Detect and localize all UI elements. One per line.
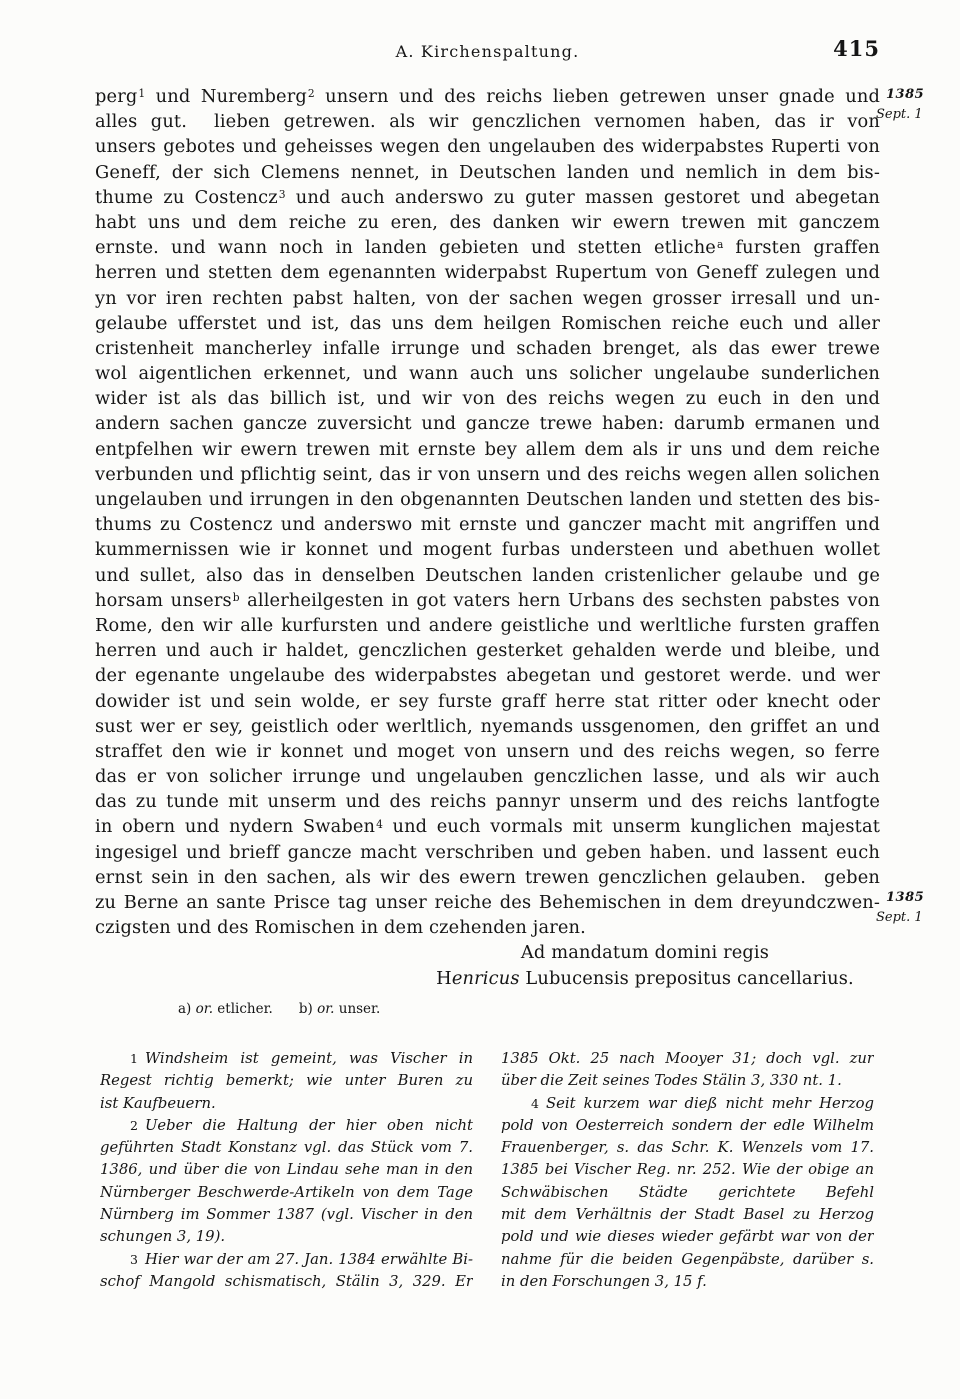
text-line: alles gut. lieben getrewen. als wir genc… (95, 109, 880, 134)
footnote-line: 2Ueber die Haltung der hier oben nicht m… (100, 1115, 473, 1137)
footnote-line: über die Zeit seines Todes Stälin 3, 330… (501, 1070, 874, 1092)
text-line: 35Ad mandatum domini regis (95, 940, 880, 965)
text-line: Henricus Lubucensis prepositus cancellar… (95, 966, 880, 991)
text-line: unsers gebotes und geheisses wegen den u… (95, 134, 880, 159)
footnote-line: 1386, und über die von Lindau sehe man i… (100, 1159, 473, 1181)
text-line: Geneff, der sich Clemens nennet, in Deut… (95, 160, 880, 185)
text-line: yn vor iren rechten pabst halten, von de… (95, 286, 880, 311)
document-page: A. Kirchenspaltung. 415 perg1 und Nuremb… (0, 0, 960, 1399)
text-line: sust wer er sey, geistlich oder werltlic… (95, 714, 880, 739)
footnote-line: Nürnberger Beschwerde-Artikeln von dem T… (100, 1182, 473, 1204)
footnote-line: schof Mangold schismatisch, Stälin 3, 32… (100, 1271, 473, 1293)
footnote-line: mit dem Verhältnis der Stadt Basel zu He… (501, 1204, 874, 1226)
footnote-reference-mark: b (233, 591, 240, 604)
footnote-line: 1Windsheim ist gemeint, was Vischer in s… (100, 1048, 473, 1070)
text-line: perg1 und Nuremberg2 unsern und des reic… (95, 84, 880, 109)
footnotes-section: 1Windsheim ist gemeint, was Vischer in s… (100, 1048, 875, 1293)
text-line: horsam unsersb allerheilgesten in got va… (95, 588, 880, 613)
margin-date: Sept. 1 (874, 105, 956, 125)
apparatus-entry: b) or. unser. (299, 1001, 380, 1017)
running-header-title: A. Kirchenspaltung. (95, 42, 880, 61)
text-line: wider ist als das billich ist, und wir v… (95, 386, 880, 411)
text-line: der egenante ungelaube des widerpabstes … (95, 663, 880, 688)
text-line: 15entpfelhen wir ewern trewen mit ernste… (95, 437, 880, 462)
text-line: herren und stetten dem egenannten widerp… (95, 260, 880, 285)
text-line: straffet den wie ir konnet und moget von… (95, 739, 880, 764)
margin-year: 1385 (874, 888, 956, 908)
margin-date: Sept. 1 (874, 908, 956, 928)
footnote-line: pold von Oesterreich sondern der edle Wi… (501, 1115, 874, 1137)
text-line: kummernissen wie ir konnet und mogent fu… (95, 537, 880, 562)
text-line: 25dowider ist und sein wolde, er sey fur… (95, 689, 880, 714)
footnote-marker: 2 (130, 1118, 138, 1133)
text-line: verbunden und pflichtig seint, das ir vo… (95, 462, 880, 487)
footnote-line: nahme für die beiden Gegenpäbste, darübe… (501, 1249, 874, 1271)
footnote-column-left: 1Windsheim ist gemeint, was Vischer in s… (100, 1048, 473, 1293)
text-line: wol aigentlichen erkennet, und wann auch… (95, 361, 880, 386)
footnote-marker: 3 (130, 1252, 138, 1267)
footnote-line: geführten Stadt Konstanz vgl. das Stück … (100, 1137, 473, 1159)
text-line: ernst sein in den sachen, als wir des ew… (95, 865, 880, 890)
footnote-marker: 1 (130, 1051, 138, 1066)
footnote-line: pold und wie dieses wieder gefärbt war v… (501, 1226, 874, 1248)
footnote-reference-mark: 3 (279, 188, 286, 201)
text-line: das zu tunde mit unserm und des reichs p… (95, 789, 880, 814)
text-line: ingesigel und brieff gancze macht versch… (95, 840, 880, 865)
footnote-line: 1385 Okt. 25 nach Mooyer 31; doch vgl. z… (501, 1048, 874, 1070)
footnote-line: 40ist Kaufbeuern. (100, 1093, 473, 1115)
text-line: ernste. und wann noch in landen gebieten… (95, 235, 880, 260)
text-line: das er von solicher irrunge und ungelaub… (95, 764, 880, 789)
text-line: czigsten und des Romischen in dem czehen… (95, 915, 880, 940)
footnote-line: Schwäbischen Städte gerichtete Befehl zu… (501, 1182, 874, 1204)
text-line: ungelauben und irrungen in den obgenannt… (95, 487, 880, 512)
margin-year: 1385 (874, 85, 956, 105)
footnote-line: 4Seit kurzem war dieß nicht mehr Herzog … (501, 1093, 874, 1115)
text-line: habt uns und dem reiche zu eren, des dan… (95, 210, 880, 235)
text-line: cristenheit mancherley infalle irrunge u… (95, 336, 880, 361)
footnote-line: Frauenberger, s. das Schr. K. Wenzels vo… (501, 1137, 874, 1159)
footnote-column-right: 1385 Okt. 25 nach Mooyer 31; doch vgl. z… (501, 1048, 874, 1293)
margin-date-note-top: 1385 Sept. 1 (874, 85, 956, 125)
footnote-line: schungen 3, 19). (100, 1226, 473, 1248)
footnote-line: 45Nürnberg im Sommer 1387 (vgl. Vischer … (100, 1204, 473, 1226)
footnote-reference-mark: 2 (308, 87, 315, 100)
text-line: Rome, den wir alle kurfursten und andere… (95, 613, 880, 638)
text-line: zu Berne an sante Prisce tag unser reich… (95, 890, 880, 915)
critical-apparatus-line: a) or. etlicher.b) or. unser. (178, 1001, 406, 1017)
text-line: thums zu Costencz und anderswo mit ernst… (95, 512, 880, 537)
margin-date-note-bottom: 1385 Sept. 1 (874, 888, 956, 928)
text-line: 10gelaube ufferstet und ist, das uns dem… (95, 311, 880, 336)
apparatus-entry: a) or. etlicher. (178, 1001, 273, 1017)
main-text-block: perg1 und Nuremberg2 unsern und des reic… (95, 84, 880, 991)
text-line: 30in obern und nydern Swaben4 und euch v… (95, 814, 880, 839)
page-number: 415 (830, 36, 880, 61)
text-line: 20und sullet, also das in denselben Deut… (95, 563, 880, 588)
footnote-marker: 4 (531, 1096, 539, 1111)
text-line: 5thume zu Costencz3 und auch anderswo zu… (95, 185, 880, 210)
footnote-line: Regest richtig bemerkt; wie unter Buren … (100, 1070, 473, 1092)
footnote-reference-mark: 4 (376, 818, 383, 831)
text-line: andern sachen gancze zuversicht und ganc… (95, 411, 880, 436)
footnote-line: 3Hier war der am 27. Jan. 1384 erwählte … (100, 1249, 473, 1271)
footnote-line: 1385 bei Vischer Reg. nr. 252. Wie der o… (501, 1159, 874, 1181)
footnote-line: in den Forschungen 3, 15 f. (501, 1271, 874, 1293)
text-line: herren und auch ir haldet, genczlichen g… (95, 638, 880, 663)
